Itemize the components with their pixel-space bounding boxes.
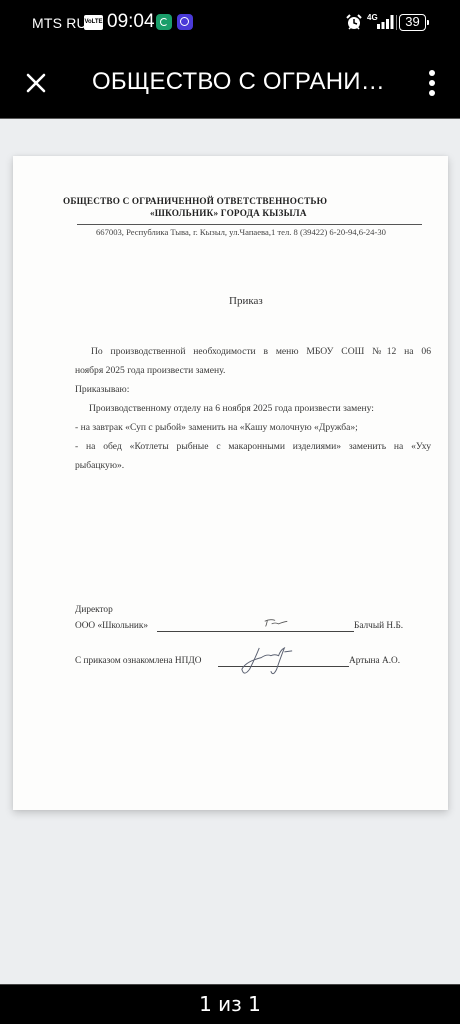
more-options-button[interactable] — [420, 68, 444, 98]
more-vert-icon-dot — [429, 90, 435, 96]
acknowledgement-signature — [238, 644, 296, 679]
signal-icon — [374, 15, 394, 29]
volte-icon: VoLTE — [84, 15, 103, 30]
more-vert-icon-dot — [429, 80, 435, 86]
replacement-item-1: - на завтрак «Суп с рыбой» заменить на «… — [75, 422, 358, 433]
alarm-icon — [345, 13, 363, 31]
org-address: 667003, Республика Тыва, г. Кызыл, ул.Ча… — [96, 227, 386, 237]
app-notification-icon — [177, 14, 193, 30]
order-word: Приказываю: — [75, 384, 129, 395]
header-rule — [77, 224, 422, 225]
page-indicator: 1 из 1 — [0, 992, 460, 1016]
status-bar: MTS RUS VoLTE 09:04 4G 39 — [0, 0, 460, 48]
page-indicator-bar: 1 из 1 — [0, 984, 460, 1024]
acknowledgement-name: Артына А.О. — [349, 656, 400, 666]
director-org: ООО «Школьник» — [75, 621, 148, 631]
battery-tip — [427, 20, 429, 25]
document-viewer[interactable]: ОБЩЕСТВО С ОГРАНИЧЕННОЙ ОТВЕТСТВЕННОСТЬЮ… — [0, 118, 460, 984]
director-name: Балчый Н.Б. — [354, 621, 403, 631]
order-title: Приказ — [13, 295, 448, 307]
paragraph-intro-line1: По производственной необходимости в меню… — [91, 346, 431, 357]
document-title: ОБЩЕСТВО С ОГРАНИ… — [92, 68, 402, 96]
director-title: Директор — [75, 605, 113, 615]
org-name-line1: ОБЩЕСТВО С ОГРАНИЧЕННОЙ ОТВЕТСТВЕННОСТЬЮ — [13, 196, 448, 206]
director-signature-line — [157, 631, 354, 632]
clock: 09:04 — [107, 11, 155, 33]
battery-icon: 39 — [399, 14, 426, 31]
app-bar: ОБЩЕСТВО С ОГРАНИ… — [0, 48, 460, 118]
more-vert-icon-dot — [429, 70, 435, 76]
acknowledgement-label: С приказом ознакомлена НПДО — [75, 656, 201, 666]
paragraph-intro-line2: ноября 2025 года произвести замену. — [75, 365, 225, 376]
paragraph-directive: Производственному отделу на 6 ноября 202… — [89, 403, 374, 414]
close-icon[interactable] — [22, 69, 50, 97]
app-notification-icon — [156, 14, 172, 30]
status-divider — [396, 15, 397, 30]
org-name-line2: «ШКОЛЬНИК» ГОРОДА КЫЗЫЛА — [13, 208, 448, 218]
director-signature — [263, 617, 289, 629]
replacement-item-2-line1: - на обед «Котлеты рыбные с макаронными … — [75, 441, 431, 452]
document-page: ОБЩЕСТВО С ОГРАНИЧЕННОЙ ОТВЕТСТВЕННОСТЬЮ… — [13, 156, 448, 810]
replacement-item-2-line2: рыбацкую». — [75, 460, 124, 471]
